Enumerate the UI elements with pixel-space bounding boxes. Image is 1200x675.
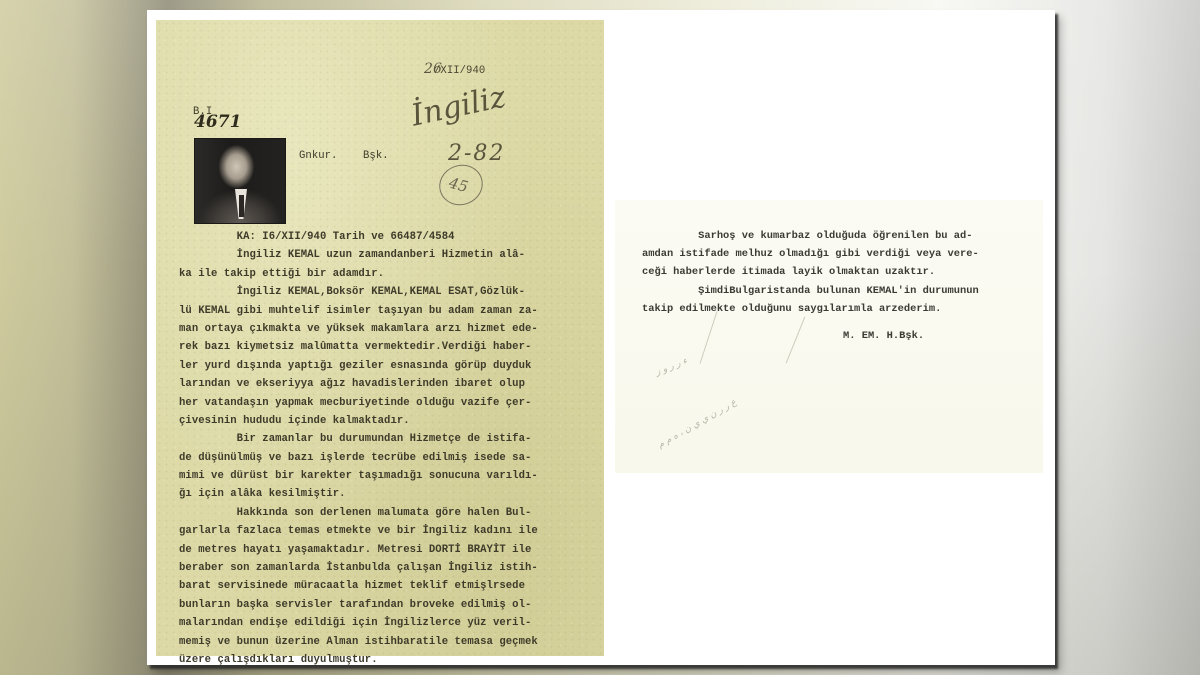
body-line: larından ve ekseriyya ağız havadislerind… (179, 375, 538, 393)
pencil-mark (700, 311, 718, 364)
body-line: Sarhoş ve kumarbaz olduğuda öğrenilen bu… (642, 227, 979, 245)
portrait-photo (194, 138, 286, 224)
body-line: çivesinin hududu içinde kalmaktadır. (179, 412, 538, 430)
pencil-mark (786, 317, 806, 364)
body-line: malarından endişe edildiği için İngilizl… (179, 614, 538, 632)
typed-date: /XII/940 (434, 62, 485, 80)
document-body: KA: I6/XII/940 Tarih ve 66487/4584 İngil… (179, 228, 538, 669)
body-line: Hakkında son derlenen malumata göre hale… (179, 504, 538, 522)
body-line: garlarla fazlaca temas etmekte ve bir İn… (179, 522, 538, 540)
archive-document-page-2: Sarhoş ve kumarbaz olduğuda öğrenilen bu… (615, 200, 1043, 473)
document-body-continued: Sarhoş ve kumarbaz olduğuda öğrenilen bu… (642, 227, 979, 318)
handwritten-reference-number: 4671 (194, 113, 242, 131)
pencil-annotation: ء ر ر و ز (653, 352, 690, 381)
body-line: mimi ve dürüst bir karekter taşımadığı s… (179, 467, 538, 485)
recipient-line-1: Gnkur. (299, 147, 337, 165)
body-line: ler yurd dışında yaptığı geziler esnasın… (179, 357, 538, 375)
body-line: bunların başka servisler tarafından brov… (179, 596, 538, 614)
body-line: rek bazı kiymetsiz malûmatta vermektedir… (179, 338, 538, 356)
body-line: lü KEMAL gibi muhtelif isimler taşıyan b… (179, 302, 538, 320)
body-line: ceği haberlerde itimada layik olmaktan u… (642, 263, 979, 281)
body-line: man ortaya çıkmakta ve yüksek makamlara … (179, 320, 538, 338)
body-line: ŞimdiBulgaristanda bulunan KEMAL'in duru… (642, 282, 979, 300)
body-line: İngiliz KEMAL uzun zamandanberi Hizmetin… (179, 246, 538, 264)
body-line: ğı için alâka kesilmiştir. (179, 485, 538, 503)
pencil-annotation: ع ر ر ن ي ي ن ، ه م م (654, 394, 740, 454)
signature-block: M. EM. H.Bşk. (843, 327, 924, 345)
photo-tie (239, 195, 244, 217)
body-line: memiş ve bunun üzerine Alman istihbarati… (179, 633, 538, 651)
body-line: ka ile takip ettiği bir adamdır. (179, 265, 538, 283)
body-line: Bir zamanlar bu durumundan Hizmetçe de i… (179, 430, 538, 448)
body-line: beraber son zamanlarda İstanbulda çalışa… (179, 559, 538, 577)
body-line: takip edilmekte olduğunu saygılarımla ar… (642, 300, 979, 318)
body-line: barat servisinede müracaatla hizmet tekl… (179, 577, 538, 595)
document-frame: 26 /XII/940 B.I 4671 Gnkur. Bşk. İngiliz… (147, 10, 1055, 665)
body-line: üzere çalışdıkları duyulmuştur. (179, 651, 538, 669)
body-line: amdan istifade melhuz olmadığı gibi verd… (642, 245, 979, 263)
handwritten-file-number: 2-82 (448, 145, 505, 163)
body-line: de düşünülmüş ve bazı işlerde tecrübe ed… (179, 449, 538, 467)
stamp-number: 45 (447, 174, 470, 197)
body-line: de metres hayatı yaşamaktadır. Metresi D… (179, 541, 538, 559)
body-line: KA: I6/XII/940 Tarih ve 66487/4584 (179, 228, 538, 246)
body-line: İngiliz KEMAL,Boksör KEMAL,KEMAL ESAT,Gö… (179, 283, 538, 301)
recipient-line-2: Bşk. (363, 147, 389, 165)
body-line: her vatandaşın yapmak mecburiyetinde old… (179, 394, 538, 412)
archive-document-page-1: 26 /XII/940 B.I 4671 Gnkur. Bşk. İngiliz… (156, 20, 604, 656)
